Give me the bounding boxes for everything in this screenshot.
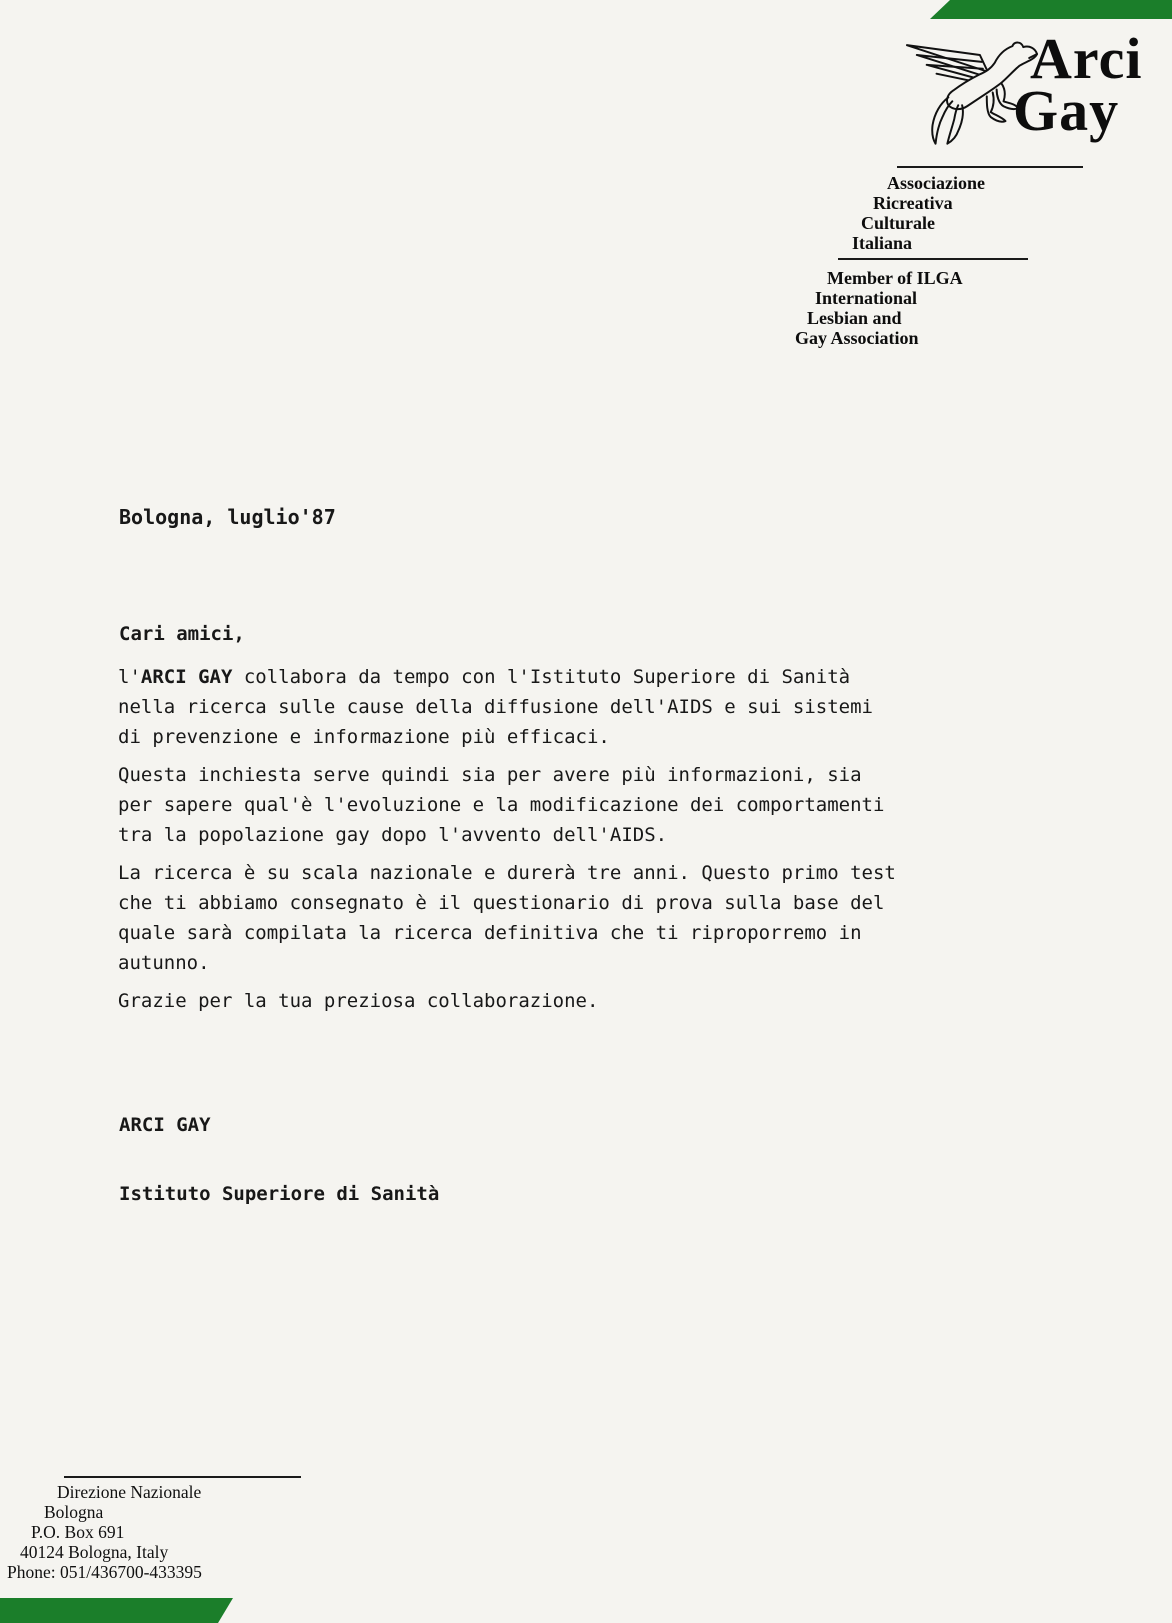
body-line: per sapere qual'è l'evoluzione e la modi… — [118, 790, 948, 820]
association-line: Culturale — [861, 213, 985, 233]
membership-line: International — [815, 288, 963, 308]
membership-line: Lesbian and — [807, 308, 963, 328]
arci-gay-bold: ARCI GAY — [141, 666, 233, 688]
signature-block: ARCI GAY Istituto Superiore di Sanità — [119, 1068, 439, 1252]
membership-line: Member of ILGA — [827, 268, 963, 288]
association-line: Ricreativa — [873, 193, 985, 213]
body-line: di prevenzione e informazione più effica… — [118, 722, 948, 752]
association-line: Associazione — [887, 173, 985, 193]
association-name-block: Associazione Ricreativa Culturale Italia… — [845, 173, 985, 253]
green-accent-bar-bottom — [0, 1598, 233, 1623]
body-line: tra la popolazione gay dopo l'avvento de… — [118, 820, 948, 850]
ilga-membership-block: Member of ILGA International Lesbian and… — [793, 268, 963, 348]
paragraph-3: La ricerca è su scala nazionale e durerà… — [118, 858, 948, 978]
body-line: autunno. — [118, 948, 948, 978]
body-line: l'ARCI GAY collabora da tempo con l'Isti… — [118, 662, 948, 692]
letterhead-divider-top — [897, 166, 1083, 168]
paragraph-1: l'ARCI GAY collabora da tempo con l'Isti… — [118, 662, 948, 752]
footer-address-line: P.O. Box 691 — [31, 1522, 202, 1542]
footer-address-line: Bologna — [44, 1502, 202, 1522]
body-line: che ti abbiamo consegnato è il questiona… — [118, 888, 948, 918]
paragraph-2: Questa inchiesta serve quindi sia per av… — [118, 760, 948, 850]
green-accent-bar-top — [930, 0, 1172, 19]
paragraph-4: Grazie per la tua preziosa collaborazion… — [118, 986, 948, 1016]
body-line: Grazie per la tua preziosa collaborazion… — [118, 986, 948, 1016]
body-line: Questa inchiesta serve quindi sia per av… — [118, 760, 948, 790]
letter-page: Arci Gay Associazione Ricreativa Cultura… — [0, 0, 1172, 1623]
letterhead-divider-bottom — [838, 258, 1028, 260]
footer-address-line: Phone: 051/436700-433395 — [7, 1562, 202, 1582]
footer-address-line: 40124 Bologna, Italy — [20, 1542, 202, 1562]
footer-divider — [64, 1476, 301, 1478]
body-line: La ricerca è su scala nazionale e durerà… — [118, 858, 948, 888]
body-line: nella ricerca sulle cause della diffusio… — [118, 692, 948, 722]
salutation: Cari amici, — [119, 623, 245, 645]
association-line: Italiana — [852, 233, 985, 253]
dateline: Bologna, luglio'87 — [119, 505, 336, 529]
signature-line: ARCI GAY — [119, 1114, 439, 1137]
brand-name-gay: Gay — [1013, 82, 1119, 140]
body-line: quale sarà compilata la ricerca definiti… — [118, 918, 948, 948]
footer-address-line: Direzione Nazionale — [57, 1482, 202, 1502]
letter-body: l'ARCI GAY collabora da tempo con l'Isti… — [118, 662, 948, 1024]
membership-line: Gay Association — [795, 328, 963, 348]
footer-address-block: Direzione Nazionale Bologna P.O. Box 691… — [7, 1482, 202, 1582]
signature-line: Istituto Superiore di Sanità — [119, 1183, 439, 1206]
